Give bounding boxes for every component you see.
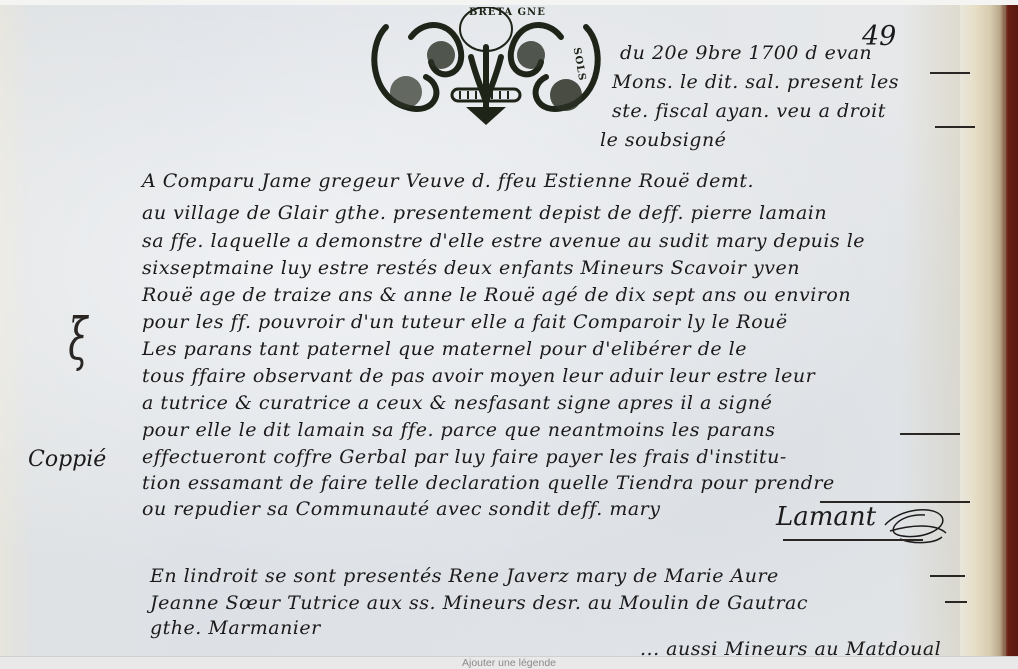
second-entry-line: gthe. Marmanier: [150, 617, 321, 639]
body-line: Les parans tant paternel que maternel po…: [142, 338, 747, 360]
body-line: sa ffe. laquelle a demonstre d'elle estr…: [142, 230, 865, 252]
body-line: au village de Glair gthe. presentement d…: [142, 202, 827, 224]
line-filler-rule: [900, 433, 960, 435]
stamp-top-text-1: BRETA GNE: [469, 7, 546, 18]
signature-underline: [783, 539, 923, 541]
header-line: le soubsigné: [600, 129, 726, 151]
fleur-de-lis-seal-icon: [366, 7, 606, 129]
second-entry-line: En lindroit se sont presentés Rene Javer…: [150, 565, 779, 587]
header-line: ste. fiscal ayan. veu a droit: [612, 100, 886, 122]
body-line: effectueront coffre Gerbal par luy faire…: [142, 446, 787, 468]
signature: Lamant: [776, 502, 876, 532]
header-line: du 20e 9bre 1700 d evan: [620, 42, 872, 64]
page-edge: [1004, 5, 1006, 656]
body-line: pour elle le dit lamain sa ffe. parce qu…: [142, 419, 775, 441]
body-line: pour les ff. pouvroir d'un tuteur elle a…: [142, 311, 788, 333]
second-entry-line: Jeanne Sœur Tutrice aux ss. Mineurs desr…: [150, 592, 808, 614]
body-line: A Comparu Jame gregeur Veuve d. ffeu Est…: [142, 170, 754, 192]
image-viewer: BRETA GNE SOLS 49 du 20e 9bre 1700 d eva…: [0, 0, 1018, 669]
body-line: ou repudier sa Communauté avec sondit de…: [142, 498, 661, 520]
tax-stamp-seal: BRETA GNE SOLS: [366, 7, 606, 129]
header-line: Mons. le dit. sal. present les: [612, 71, 899, 93]
margin-bracket-mark: ξ: [68, 305, 87, 373]
body-line: a tutrice & curatrice a ceux & nesfasant…: [142, 392, 772, 414]
body-line: tous ffaire observant de pas avoir moyen…: [142, 365, 815, 387]
margin-note-coppie: Coppié: [28, 447, 106, 472]
line-filler-rule: [930, 575, 965, 577]
manuscript-page-image: BRETA GNE SOLS 49 du 20e 9bre 1700 d eva…: [0, 5, 1018, 656]
line-filler-rule: [930, 72, 970, 74]
body-line: tion essamant de faire telle declaration…: [142, 472, 835, 494]
body-line: Rouë age de traize ans & anne le Rouë ag…: [142, 284, 851, 306]
second-entry-line: ... aussi Mineurs au Matdoual: [640, 638, 941, 656]
caption-bar[interactable]: Ajouter une légende: [0, 656, 1018, 669]
line-filler-rule: [945, 601, 967, 603]
add-caption-field[interactable]: Ajouter une légende: [0, 657, 1018, 669]
body-line: sixseptmaine luy estre restés deux enfan…: [142, 257, 800, 279]
line-filler-rule: [935, 126, 975, 128]
book-binding: [960, 5, 1018, 656]
